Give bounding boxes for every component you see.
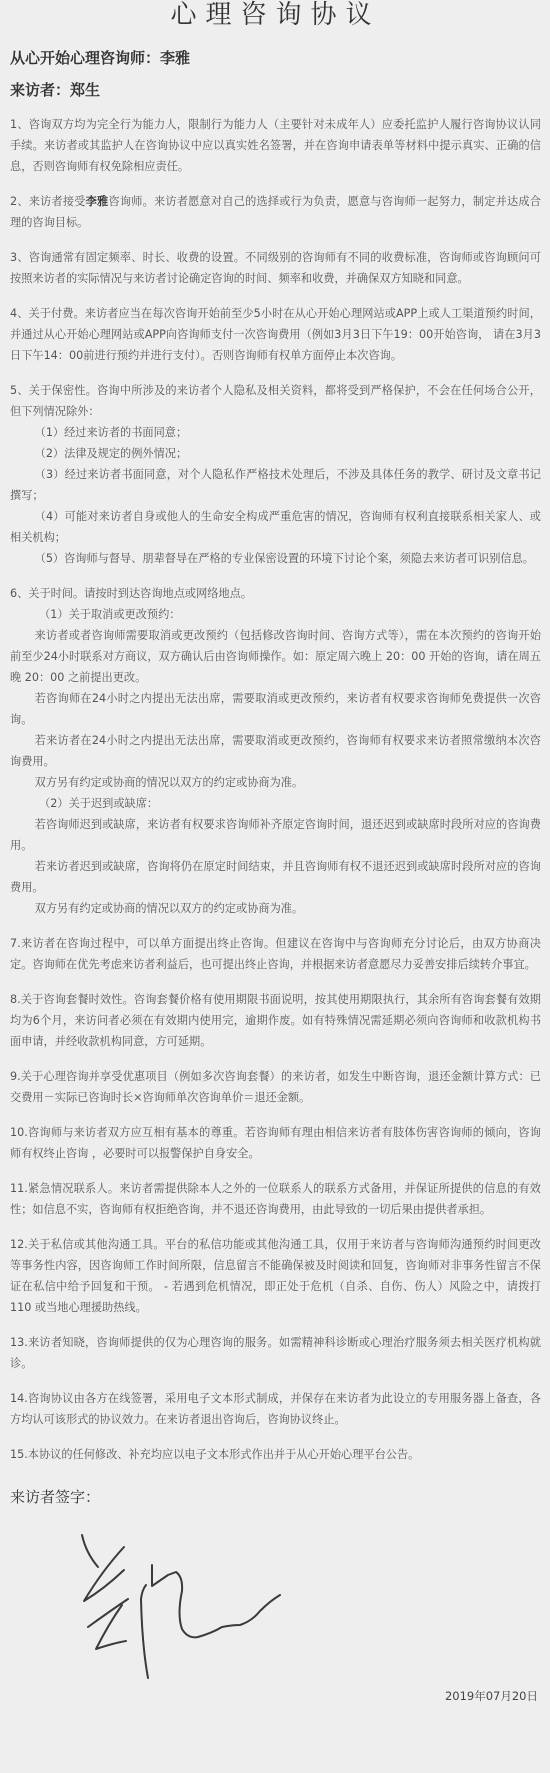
signature-label: 来访者签字： xyxy=(10,1487,541,1507)
clause-4: 4、关于付费。来访者应当在每次咨询开始前至少5小时在从心开始心理网站或APP上或… xyxy=(10,303,541,366)
clause-5-item: （1）经过来访者的书面同意； xyxy=(10,422,541,443)
clause-2: 2、来访者接受李雅咨询师。来访者愿意对自己的选择或行为负责，愿意与咨询师一起努力… xyxy=(10,191,541,233)
clause-1: 1、咨询双方均为完全行为能力人，限制行为能力人（主要针对未成年人）应委托监护人履… xyxy=(10,114,541,177)
signing-date: 2019年07月20日 xyxy=(445,1688,538,1704)
clause-7: 7.来访者在咨询过程中，可以单方面提出终止咨询。但建议在咨询中与咨询师充分讨论后… xyxy=(10,933,541,975)
clause-3: 3、咨询通常有固定频率、时长、收费的设置。不同级别的咨询师有不同的收费标准，咨询… xyxy=(10,247,541,289)
clause-6-intro: 6、关于时间。请按时到达咨询地点或网络地点。 xyxy=(10,583,541,604)
clause-6-sub1-para: 双方另有约定或协商的情况以双方的约定或协商为准。 xyxy=(10,772,541,793)
clause-5-item: （5）咨询师与督导、朋辈督导在严格的专业保密设置的环境下讨论个案，须隐去来访者可… xyxy=(10,548,541,569)
clause-6-sub1-para: 来访者或者咨询师需要取消或更改预约（包括修改咨询时间、咨询方式等），需在本次预约… xyxy=(10,625,541,688)
clause-10: 10.咨询师与来访者双方应互相有基本的尊重。若咨询师有理由相信来访者有肢体伤害咨… xyxy=(10,1122,541,1164)
handwritten-signature-image xyxy=(70,1515,290,1685)
clause-5: 5、关于保密性。咨询中所涉及的来访者个人隐私及相关资料，都将受到严格保护，不会在… xyxy=(10,380,541,569)
clause-13: 13.来访者知晓，咨询师提供的仅为心理咨询的服务。如需精神科诊断或心理治疗服务须… xyxy=(10,1332,541,1374)
clause-6-sub2-para: 若咨询师迟到或缺席，来访者有权要求咨询师补齐原定咨询时间，退还迟到或缺席时段所对… xyxy=(10,814,541,856)
counselor-name-emphasis: 李雅 xyxy=(86,195,109,208)
clause-5-intro: 5、关于保密性。咨询中所涉及的来访者个人隐私及相关资料，都将受到严格保护，不会在… xyxy=(10,380,541,422)
clause-11: 11.紧急情况联系人。来访者需提供除本人之外的一位联系人的联系方式备用，并保证所… xyxy=(10,1178,541,1220)
clause-6-sub1-para: 若咨询师在24小时之内提出无法出席，需要取消或更改预约，来访者有权要求咨询师免费… xyxy=(10,688,541,730)
clause-6-sub2-title: （2）关于迟到或缺席： xyxy=(10,793,541,814)
clause-15: 15.本协议的任何修改、补充均应以电子文本形式作出并于从心开始心理平台公告。 xyxy=(10,1444,541,1465)
clause-5-item: （4）可能对来访者自身或他人的生命安全构成严重危害的情况，咨询师有权利直接联系相… xyxy=(10,506,541,548)
clause-5-item: （3）经过来访者书面同意，对个人隐私作严格技术处理后，不涉及具体任务的教学、研讨… xyxy=(10,464,541,506)
clause-6-sub1-para: 若来访者在24小时之内提出无法出席，需要取消或更改预约，咨询师有权要求来访者照常… xyxy=(10,730,541,772)
counselor-line: 从心开始心理咨询师：李雅 xyxy=(10,48,541,68)
clause-12: 12.关于私信或其他沟通工具。平台的私信功能或其他沟通工具，仅用于来访者与咨询师… xyxy=(10,1234,541,1318)
clause-9: 9.关于心理咨询并享受优惠项目（例如多次咨询套餐）的来访者，如发生中断咨询，退还… xyxy=(10,1066,541,1108)
clauses-list: 1、咨询双方均为完全行为能力人，限制行为能力人（主要针对未成年人）应委托监护人履… xyxy=(10,114,541,1465)
clause-5-item: （2）法律及规定的例外情况； xyxy=(10,443,541,464)
clause-6-sub2-para: 双方另有约定或协商的情况以双方的约定或协商为准。 xyxy=(10,898,541,919)
document-title: 心理咨询协议 xyxy=(10,0,541,34)
clause-14: 14.咨询协议由各方在线签署，采用电子文本形式制成，并保存在来访者为此设立的专用… xyxy=(10,1388,541,1430)
clause-2-prefix: 2、来访者接受 xyxy=(10,195,86,208)
clause-6-sub2-para: 若来访者迟到或缺席，咨询将仍在原定时间结束，并且咨询师有权不退还迟到或缺席时段所… xyxy=(10,856,541,898)
clause-6-sub1-title: （1）关于取消或更改预约： xyxy=(10,604,541,625)
clause-8: 8.关于咨询套餐时效性。咨询套餐价格有使用期限书面说明，按其使用期限执行，其余所… xyxy=(10,989,541,1052)
agreement-document: 心理咨询协议 从心开始心理咨询师：李雅 来访者：郑生 1、咨询双方均为完全行为能… xyxy=(0,0,550,1507)
visitor-line: 来访者：郑生 xyxy=(10,80,541,100)
clause-6: 6、关于时间。请按时到达咨询地点或网络地点。 （1）关于取消或更改预约： 来访者… xyxy=(10,583,541,919)
